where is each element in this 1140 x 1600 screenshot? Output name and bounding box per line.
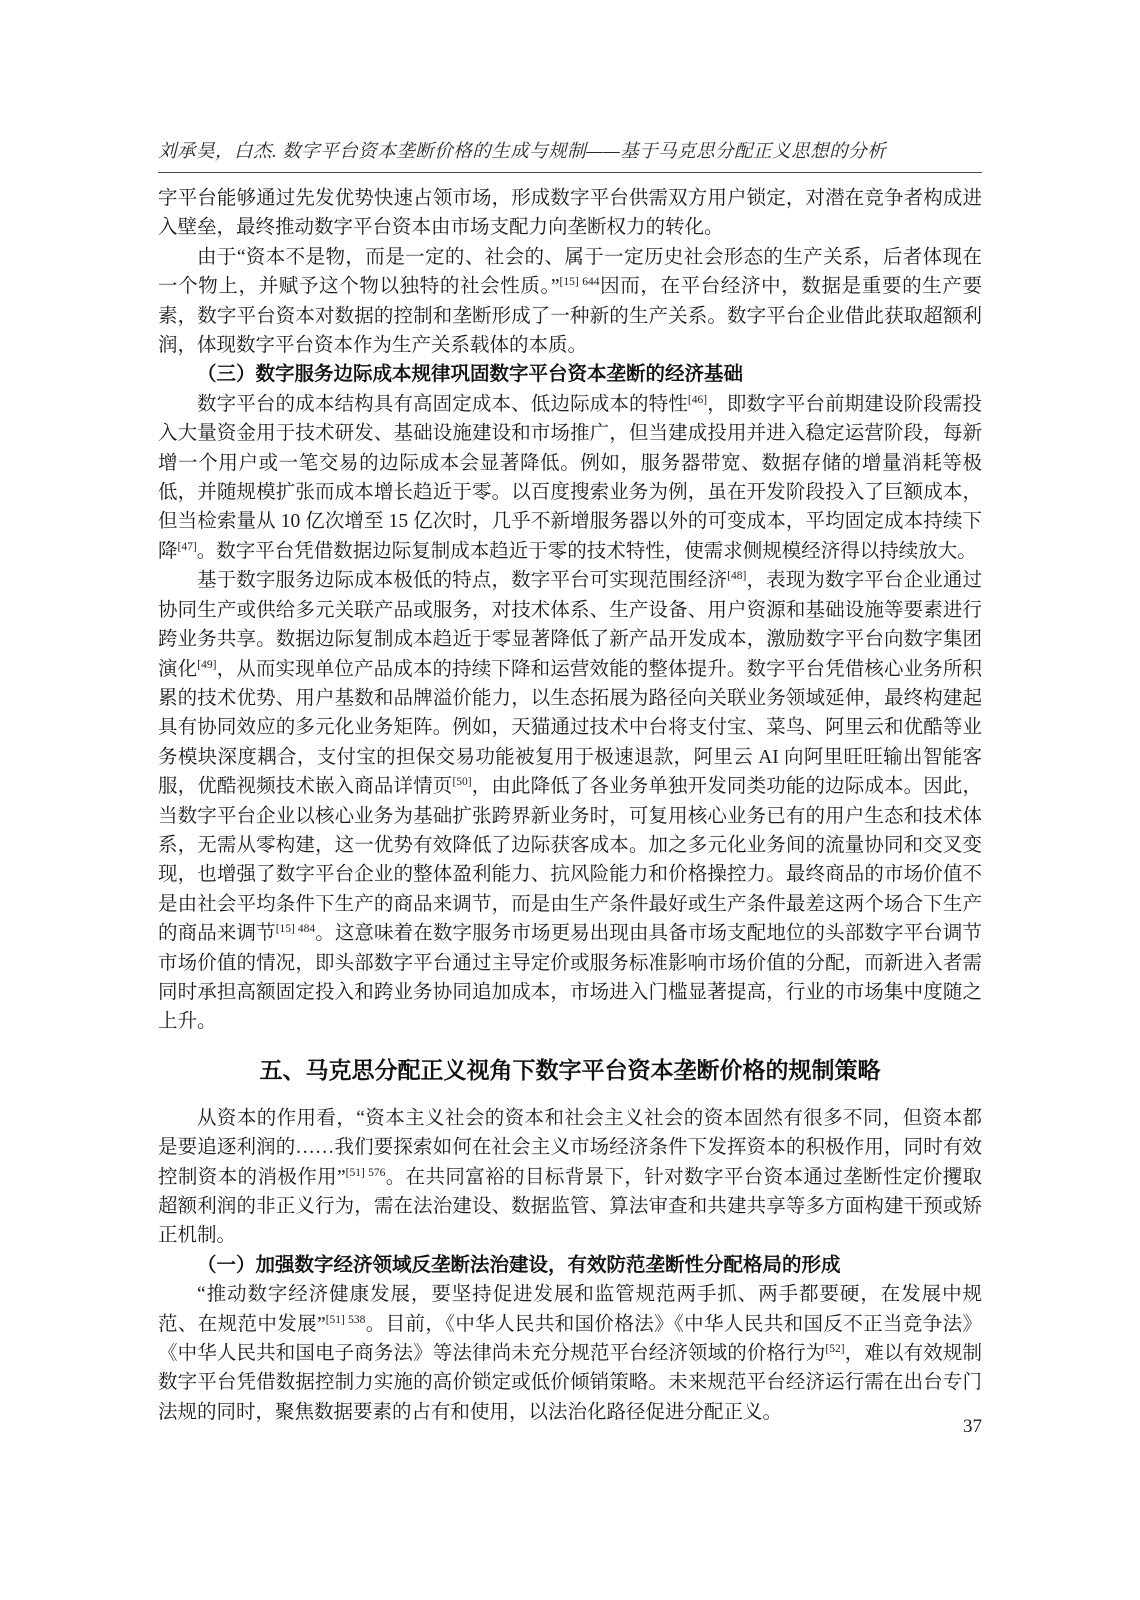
citation-ref: [47] xyxy=(178,541,197,553)
subsection-heading: （一）加强数字经济领域反垄断法治建设，有效防范垄断性分配格局的形成 xyxy=(158,1251,982,1280)
running-header: 刘承昊，白杰. 数字平台资本垄断价格的生成与规制——基于马克思分配正义思想的分析 xyxy=(158,140,982,173)
page-number: 37 xyxy=(963,1416,982,1437)
body-paragraph: 从资本的作用看，“资本主义社会的资本和社会主义社会的资本固然有很多不同，但资本都… xyxy=(158,1104,982,1251)
citation-ref: [46] xyxy=(688,394,707,406)
document-page: 刘承昊，白杰. 数字平台资本垄断价格的生成与规制——基于马克思分配正义思想的分析… xyxy=(0,0,1140,1600)
citation-ref: [49] xyxy=(197,659,216,671)
section-heading: 五、马克思分配正义视角下数字平台资本垄断价格的规制策略 xyxy=(158,1053,982,1087)
citation-ref: [52] xyxy=(825,1343,844,1355)
body-paragraph: 数字平台的成本结构具有高固定成本、低边际成本的特性[46]，即数字平台前期建设阶… xyxy=(158,390,982,566)
page-body: 字平台能够通过先发优势快速占领市场，形成数字平台供需双方用户锁定，对潜在竞争者构… xyxy=(158,184,982,1427)
citation-ref: [15] 484 xyxy=(276,923,315,935)
citation-ref: [15] 644 xyxy=(560,276,600,288)
body-paragraph: 由于“资本不是物，而是一定的、社会的、属于一定历史社会形态的生产关系，后者体现在… xyxy=(158,243,982,361)
body-paragraph: “推动数字经济健康发展，要坚持促进发展和监管规范两手抓、两手都要硬，在发展中规范… xyxy=(158,1280,982,1427)
body-paragraph: 基于数字服务边际成本极低的特点，数字平台可实现范围经济[48]，表现为数字平台企… xyxy=(158,566,982,1037)
subsection-heading: （三）数字服务边际成本规律巩固数字平台资本垄断的经济基础 xyxy=(158,360,982,389)
citation-ref: [50] xyxy=(452,776,471,788)
page-footer: 37 xyxy=(158,1416,982,1438)
citation-ref: [48] xyxy=(727,570,746,582)
citation-ref: [51] 538 xyxy=(326,1314,366,1326)
running-header-text: 刘承昊，白杰. 数字平台资本垄断价格的生成与规制——基于马克思分配正义思想的分析 xyxy=(158,142,886,162)
body-paragraph: 字平台能够通过先发优势快速占领市场，形成数字平台供需双方用户锁定，对潜在竞争者构… xyxy=(158,184,982,243)
citation-ref: [51] 576 xyxy=(346,1167,386,1179)
